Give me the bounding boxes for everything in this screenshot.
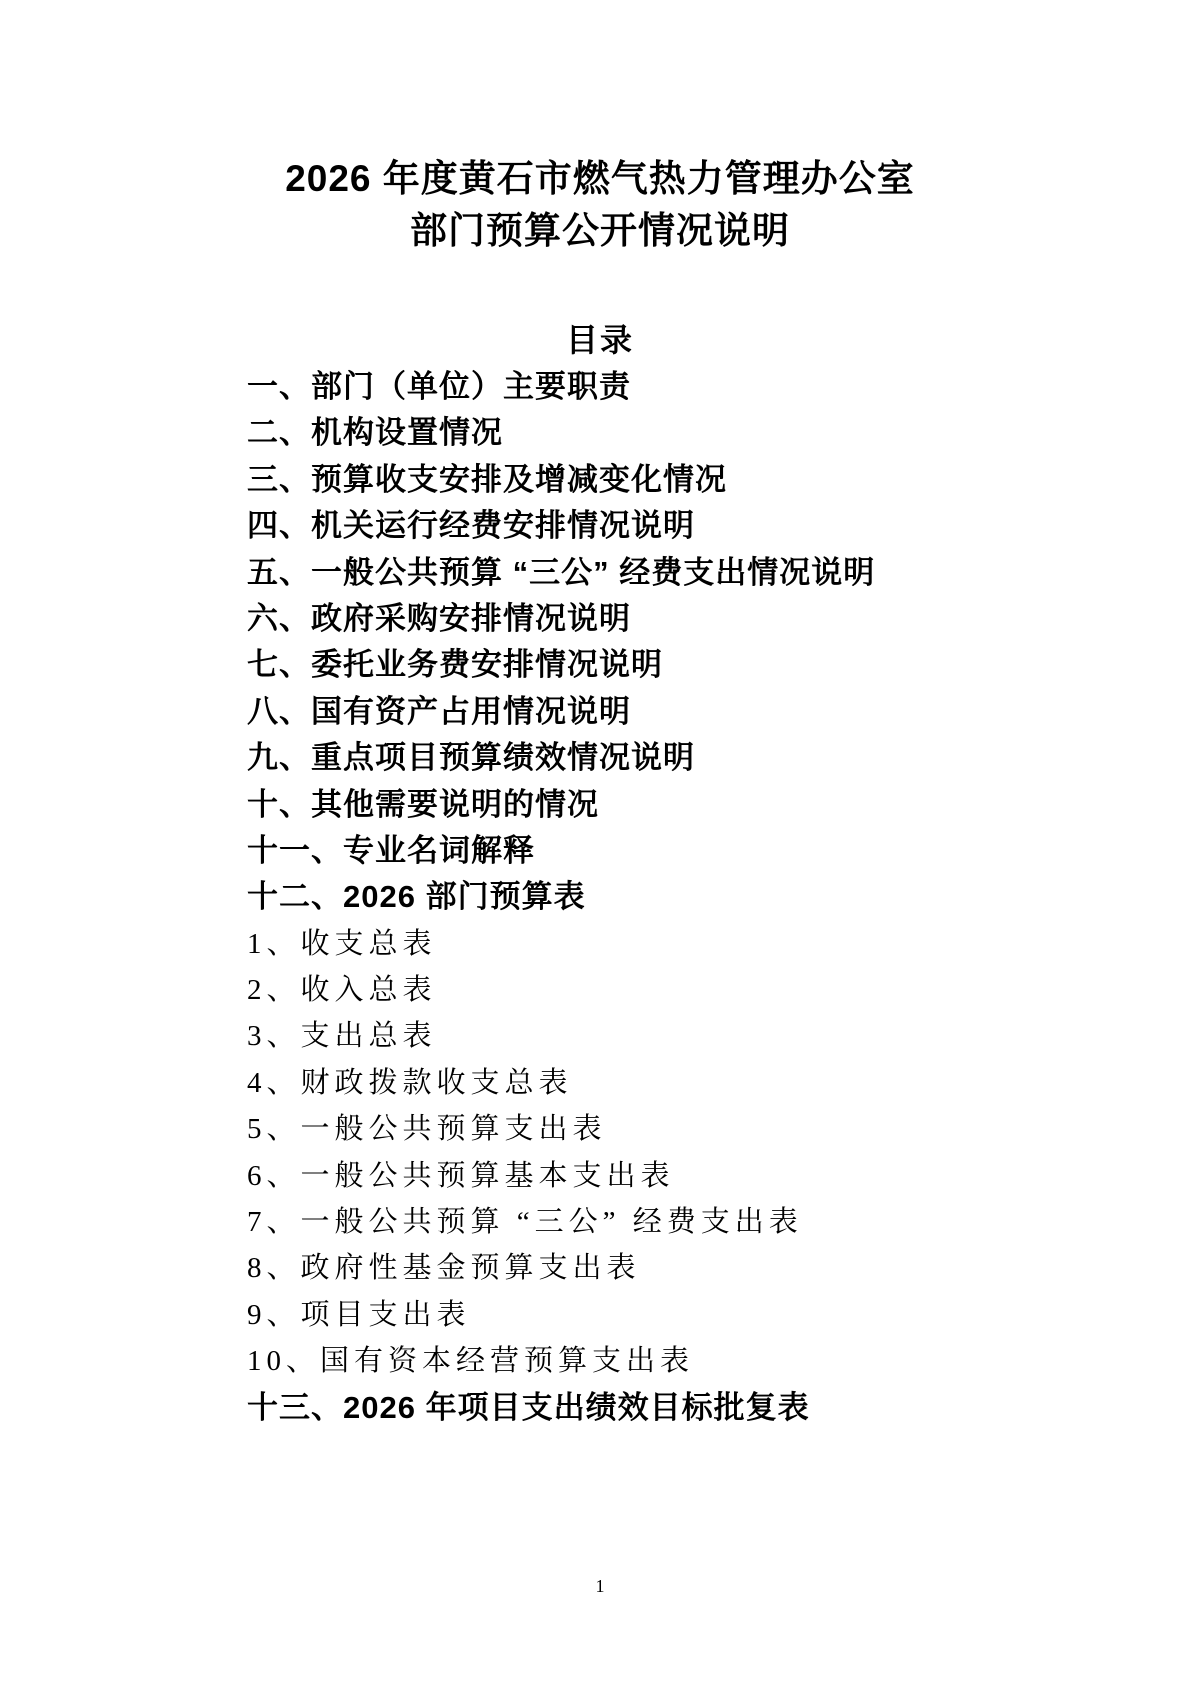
toc-item: 四、机关运行经费安排情况说明 [247,503,875,549]
toc-item: 六、政府采购安排情况说明 [247,596,875,642]
toc-item: 七、委托业务费安排情况说明 [247,642,875,688]
toc-item: 6、一般公共预算基本支出表 [247,1153,875,1199]
toc-item: 九、重点项目预算绩效情况说明 [247,735,875,781]
toc-item: 4、财政拨款收支总表 [247,1060,875,1106]
toc-item: 十一、专业名词解释 [247,828,875,874]
document-title-line2: 部门预算公开情况说明 [0,205,1200,257]
toc-item: 十、其他需要说明的情况 [247,782,875,828]
document-page: 2026 年度黄石市燃气热力管理办公室 部门预算公开情况说明 目录 一、部门（单… [0,0,1200,1697]
toc-item: 2、收入总表 [247,967,875,1013]
toc-item: 二、机构设置情况 [247,410,875,456]
document-title: 2026 年度黄石市燃气热力管理办公室 部门预算公开情况说明 [0,153,1200,257]
toc-item: 10、国有资本经营预算支出表 [247,1338,875,1384]
toc-item: 3、支出总表 [247,1013,875,1059]
toc-item: 五、一般公共预算 “三公” 经费支出情况说明 [247,550,875,596]
toc-item: 十三、2026 年项目支出绩效目标批复表 [247,1385,875,1431]
toc-item: 十二、2026 部门预算表 [247,874,875,920]
toc-item: 1、收支总表 [247,921,875,967]
toc-item: 8、政府性基金预算支出表 [247,1245,875,1291]
toc-item: 7、一般公共预算 “三公” 经费支出表 [247,1199,875,1245]
toc-item: 三、预算收支安排及增减变化情况 [247,457,875,503]
toc-item: 5、一般公共预算支出表 [247,1106,875,1152]
toc-item: 一、部门（单位）主要职责 [247,364,875,410]
toc-item: 9、项目支出表 [247,1292,875,1338]
toc-list: 一、部门（单位）主要职责 二、机构设置情况 三、预算收支安排及增减变化情况 四、… [247,364,875,1431]
toc-item: 八、国有资产占用情况说明 [247,689,875,735]
page-number: 1 [0,1577,1200,1595]
toc-heading: 目录 [0,324,1200,356]
document-title-line1: 2026 年度黄石市燃气热力管理办公室 [0,153,1200,205]
